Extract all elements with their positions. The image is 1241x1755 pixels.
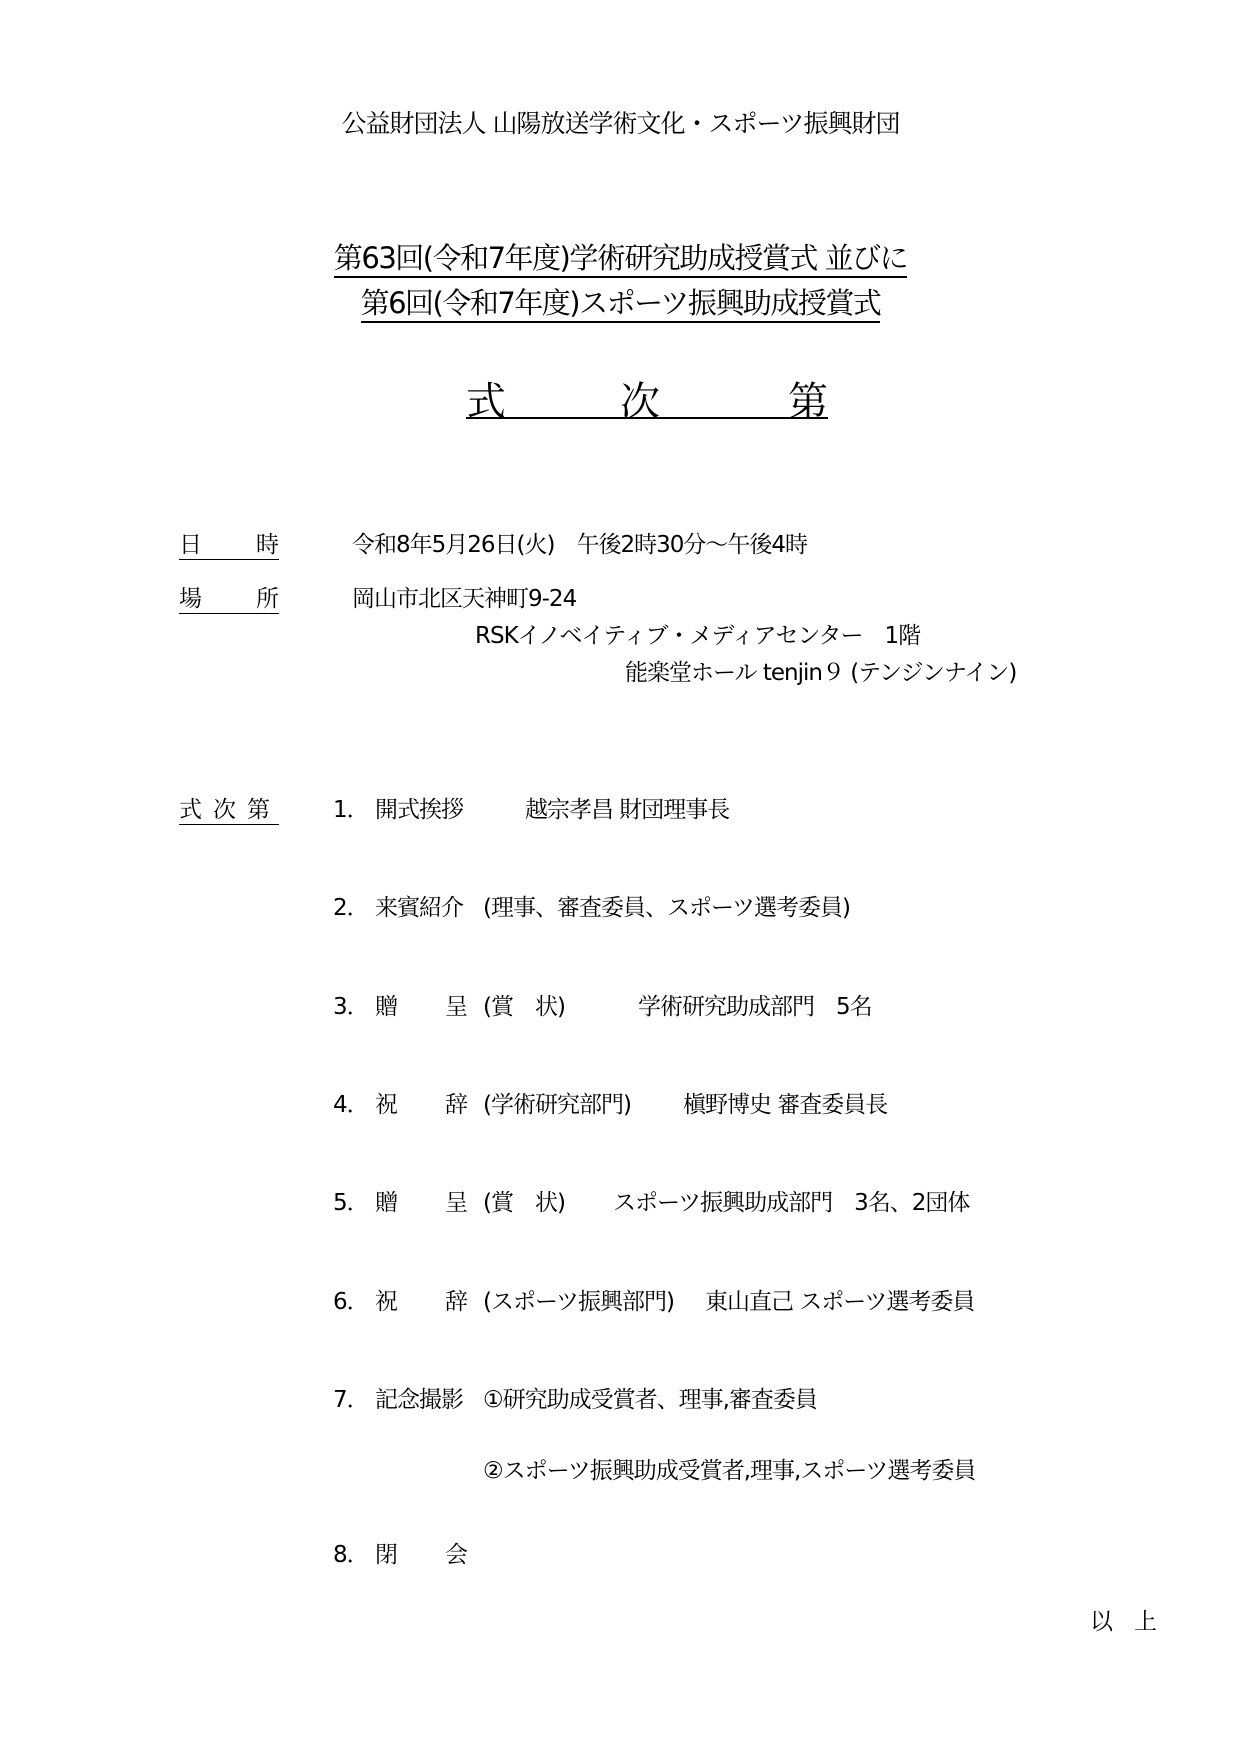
date-value: 令和8年5月26日(火) 午後2時30分～午後4時 [352, 531, 807, 559]
date-label: 日時 [179, 531, 279, 560]
organization-name: 公益財団法人 山陽放送学術文化・スポーツ振興財団 [0, 104, 1241, 140]
place-hall: 能楽堂ホール tenjin９ (テンジンナイン) [625, 659, 1016, 687]
program-item-8: 8． 閉 会 [333, 1541, 1133, 1569]
program-item-7-line-2: ②スポーツ振興助成受賞者,理事,スポーツ選考委員 [333, 1457, 1133, 1485]
place-address: 岡山市北区天神町9-24 [352, 585, 576, 613]
program-item-7: 7． 記念撮影 ①研究助成受賞者、理事,審査委員 [333, 1386, 1133, 1414]
program-item-4: 4． 祝 辞 (学術研究部門) 槇野博史 審査委員長 [333, 1091, 1133, 1119]
place-label: 場所 [179, 585, 279, 614]
program-item-6: 6． 祝 辞 (スポーツ振興部門) 東山直己 スポーツ選考委員 [333, 1288, 1133, 1316]
place-building: RSKイノベイティブ・メディアセンター 1階 [475, 622, 920, 650]
program-item-2: 2． 来賓紹介 (理事、審査委員、スポーツ選考委員) [333, 894, 1133, 922]
closing-mark: 以 上 [1090, 1608, 1156, 1636]
main-heading-program: 式 次 第 [466, 370, 828, 419]
program-item-3: 3． 贈 呈 (賞 状) 学術研究助成部門 5名 [333, 993, 1133, 1021]
program-item-5: 5． 贈 呈 (賞 状) スポーツ振興助成部門 3名、2団体 [333, 1189, 1133, 1217]
program-item-1: 1． 開式挨拶 越宗孝昌 財団理事長 [333, 796, 1133, 824]
program-label: 式次第 [179, 796, 279, 825]
ceremony-title-line-2: 第6回(令和7年度)スポーツ振興助成授賞式 [0, 281, 1241, 322]
ceremony-title-line-1: 第63回(令和7年度)学術研究助成授賞式 並びに [0, 236, 1241, 277]
